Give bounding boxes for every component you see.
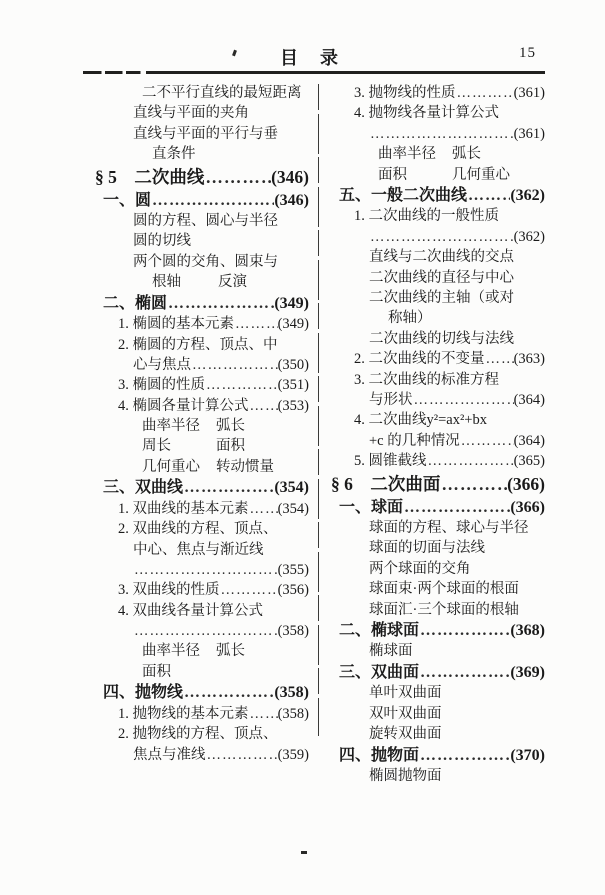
toc-line: 与形状…………………………………………………………………………………………………… [331,390,545,410]
page-ref: (363) [514,349,545,369]
toc-entry-text: 二、椭圆 [103,293,167,315]
toc-entry-text: 直条件 [152,144,196,164]
toc-entry-text: 面积 [378,165,452,185]
toc-entry-text: 2. 抛物线的方程、顶点、 [118,724,278,744]
toc-entry-text: 一、圆 [103,190,151,212]
toc-line: 3. 椭圆的性质……………………………………………………………………………………… [95,375,309,395]
toc-entry-text: 两个圆的交角、圆束与 [133,252,278,272]
toc-entry-text: 2. 二次曲线的不变量 [354,349,485,369]
toc-line: 二次曲线的直径与中心 [331,268,545,288]
toc-line: 3. 抛物线的性质…………………………………………………………………………………… [331,83,545,103]
toc-line: 3. 二次曲线的标准方程 [331,370,545,390]
toc-line: 直线与平面的平行与垂 [95,124,309,144]
header-rule [83,71,545,74]
toc-line: 2. 二次曲线的不变量……………………………………………………………………………… [331,349,545,369]
page-ref: (361) [514,124,545,144]
toc-entry-text: 五、一般二次曲线 [339,185,467,207]
toc-entry-text: 二次曲线的切线与法线 [369,329,514,349]
toc-line: 椭球面 [331,641,545,661]
toc-entry-text: § 6 二次曲面 [331,472,440,497]
toc-line: 2. 双曲线的方程、顶点、 [95,519,309,539]
toc-line: 球面的方程、球心与半径 [331,518,545,538]
page-ref: (358) [278,704,309,724]
page-title: 目 录 [240,44,380,70]
dot-leader: ………………………………………………………………………………………………………… [234,314,278,334]
toc-line: 称轴） [331,308,545,328]
dot-leader: ………………………………………………………………………………………………………… [220,580,278,600]
toc-line: 单叶双曲面 [331,683,545,703]
dot-leader: ………………………………………………………………………………………………………… [440,472,507,497]
toc-entry-text: 曲率半径 [378,144,452,164]
page-ref: (358) [278,621,309,641]
toc-line: 椭圆抛物面 [331,766,545,786]
toc-entry-text: 曲率半径 [142,416,216,436]
dot-leader: ………………………………………………………………………………………………………… [419,620,510,642]
page-ref: (364) [514,431,545,451]
toc-entry-text: 两个球面的交角 [369,559,471,579]
toc-line: 曲率半径弧长 [331,144,545,164]
toc-line: 曲率半径弧长 [95,641,309,661]
dot-leader: ………………………………………………………………………………………………………… [191,355,278,375]
dot-leader: ………………………………………………………………………………………………………… [249,499,278,519]
page-ref: (366) [507,472,545,497]
toc-line: 一、圆…………………………………………………………………………………………………… [95,190,309,212]
page-ref: (366) [510,497,545,519]
toc-line: …………………………………………………………………………………………………………… [331,124,545,144]
dot-leader: ………………………………………………………………………………………………………… [183,682,274,704]
toc-entry-text: 称轴） [388,308,432,328]
toc-line: 球面束·两个球面的根面 [331,579,545,599]
dot-leader: ………………………………………………………………………………………………………… [456,83,514,103]
dot-leader: ………………………………………………………………………………………………………… [427,451,514,471]
toc-line: 旋转双曲面 [331,724,545,744]
dot-leader: ………………………………………………………………………………………………………… [133,560,278,580]
toc-line: …………………………………………………………………………………………………………… [95,560,309,580]
dot-leader: ………………………………………………………………………………………………………… [151,190,274,212]
toc-entry-text: 2. 椭圆的方程、顶点、中 [118,335,278,355]
toc-left-column: 二不平行直线的最短距离直线与平面的夹角直线与平面的平行与垂直条件§ 5 二次曲线… [95,83,309,765]
toc-line: 2. 椭圆的方程、顶点、中 [95,335,309,355]
dot-leader: ………………………………………………………………………………………………………… [485,349,514,369]
toc-line: 四、抛物面……………………………………………………………………………………………… [331,745,545,767]
toc-entry-text: 四、抛物线 [103,682,183,704]
toc-line: 球面汇·三个球面的根轴 [331,600,545,620]
dot-leader: ………………………………………………………………………………………………………… [369,227,514,247]
toc-entry-text: 弧长 [216,416,245,436]
toc-line: 4. 双曲线各量计算公式 [95,601,309,621]
ink-speck [232,50,237,57]
toc-entry-text: 旋转双曲面 [369,724,442,744]
page-ref: (370) [510,745,545,767]
toc-entry-text: 弧长 [452,144,481,164]
toc-line: 三、双曲线……………………………………………………………………………………………… [95,477,309,499]
toc-entry-text: 曲率半径 [142,641,216,661]
dot-leader: ………………………………………………………………………………………………………… [205,375,278,395]
page-ref: (369) [510,662,545,684]
toc-line: 两个球面的交角 [331,559,545,579]
toc-entry-text: 二不平行直线的最短距离 [142,83,302,103]
page-ref: (354) [274,477,309,499]
toc-entry-text: 几何重心 [452,165,510,185]
toc-entry-text: 弧长 [216,641,245,661]
toc-line: § 6 二次曲面……………………………………………………………………………………… [331,472,545,497]
dot-leader: ………………………………………………………………………………………………………… [413,390,514,410]
page-ref: (353) [278,396,309,416]
toc-line: 两个圆的交角、圆束与 [95,252,309,272]
toc-entry-text: 椭球面 [369,641,413,661]
dot-leader: ………………………………………………………………………………………………………… [419,745,510,767]
page-ref: (351) [278,375,309,395]
toc-line: 一、球面………………………………………………………………………………………………… [331,497,545,519]
toc-line: 焦点与准线……………………………………………………………………………………………… [95,745,309,765]
toc-line: 直线与二次曲线的交点 [331,247,545,267]
toc-line: 中心、焦点与渐近线 [95,540,309,560]
toc-entry-text: 根轴 [152,272,218,292]
page-ref: (346) [274,190,309,212]
toc-entry-text: § 5 二次曲线 [95,165,204,190]
toc-entry-text: 1. 双曲线的基本元素 [118,499,249,519]
toc-entry-text: 圆的方程、圆心与半径 [133,211,278,231]
toc-entry-text: 1. 抛物线的基本元素 [118,704,249,724]
dot-leader: ………………………………………………………………………………………………………… [419,662,510,684]
toc-line: 周长面积 [95,436,309,456]
page-ref: (362) [510,185,545,207]
toc-line: 心与焦点………………………………………………………………………………………………… [95,355,309,375]
toc-entry-text: 二次曲线的主轴（或对 [369,288,514,308]
toc-entry-text: 4. 二次曲线y²=ax²+bx [354,410,487,430]
page-ref: (365) [514,451,545,471]
toc-line: 面积 [95,662,309,682]
page-ref: (358) [274,682,309,704]
toc-line: 二次曲线的切线与法线 [331,329,545,349]
toc-line: 4. 二次曲线y²=ax²+bx [331,410,545,430]
toc-line: 4. 椭圆各量计算公式……………………………………………………………………………… [95,396,309,416]
toc-line: 直线与平面的夹角 [95,103,309,123]
toc-line: 4. 抛物线各量计算公式 [331,103,545,123]
toc-entry-text: 与形状 [369,390,413,410]
toc-entry-text: 中心、焦点与渐近线 [133,540,264,560]
toc-line: 圆的切线 [95,231,309,251]
page-ref: (362) [514,227,545,247]
page-ref: (359) [278,745,309,765]
toc-line: 二次曲线的主轴（或对 [331,288,545,308]
dot-leader: ………………………………………………………………………………………………………… [460,431,514,451]
ink-speck [301,851,307,854]
toc-entry-text: 心与焦点 [133,355,191,375]
toc-line: 二、椭球面……………………………………………………………………………………………… [331,620,545,642]
toc-entry-text: 面积 [216,436,245,456]
toc-line: +c 的几种情况……………………………………………………………………………………… [331,431,545,451]
toc-line: 二、椭圆………………………………………………………………………………………………… [95,293,309,315]
toc-right-column: 3. 抛物线的性质…………………………………………………………………………………… [331,83,545,786]
page-ref: (368) [510,620,545,642]
dot-leader: ………………………………………………………………………………………………………… [249,704,278,724]
toc-line: 几何重心转动惯量 [95,457,309,477]
toc-entry-text: +c 的几种情况 [369,431,460,451]
page-ref: (349) [274,293,309,315]
toc-entry-text: 周长 [142,436,216,456]
toc-entry-text: 二次曲线的直径与中心 [369,268,514,288]
toc-line: 1. 双曲线的基本元素……………………………………………………………………………… [95,499,309,519]
toc-entry-text: 三、双曲面 [339,662,419,684]
toc-line: 球面的切面与法线 [331,538,545,558]
page-number: 15 [519,45,536,62]
toc-line: 二不平行直线的最短距离 [95,83,309,103]
toc-entry-text: 4. 椭圆各量计算公式 [118,396,249,416]
page-ref: (355) [278,560,309,580]
toc-line: 双叶双曲面 [331,704,545,724]
toc-line: …………………………………………………………………………………………………………… [95,621,309,641]
toc-entry-text: 转动惯量 [216,457,274,477]
toc-entry-text: 2. 双曲线的方程、顶点、 [118,519,278,539]
page-ref: (356) [278,580,309,600]
toc-line: …………………………………………………………………………………………………………… [331,227,545,247]
dot-leader: ………………………………………………………………………………………………………… [467,185,510,207]
toc-entry-text: 球面的方程、球心与半径 [369,518,529,538]
toc-entry-text: 面积 [142,662,216,682]
toc-line: 五、一般二次曲线……………………………………………………………………………………… [331,185,545,207]
page-ref: (350) [278,355,309,375]
page-ref: (349) [278,314,309,334]
toc-entry-text: 3. 双曲线的性质 [118,580,220,600]
toc-entry-text: 3. 椭圆的性质 [118,375,205,395]
toc-entry-text: 直线与平面的夹角 [133,103,249,123]
toc-entry-text: 反演 [218,272,247,292]
toc-entry-text: 球面汇·三个球面的根轴 [369,600,519,620]
toc-line: 根轴反演 [95,272,309,292]
toc-entry-text: 单叶双曲面 [369,683,442,703]
dot-leader: ………………………………………………………………………………………………………… [133,621,278,641]
page-ref: (346) [271,165,309,190]
toc-line: 1. 抛物线的基本元素……………………………………………………………………………… [95,704,309,724]
dot-leader: ………………………………………………………………………………………………………… [369,124,514,144]
toc-entry-text: 球面的切面与法线 [369,538,485,558]
toc-line: 1. 二次曲线的一般性质 [331,206,545,226]
toc-line: 直条件 [95,144,309,164]
dot-leader: ………………………………………………………………………………………………………… [403,497,510,519]
toc-line: 3. 双曲线的性质…………………………………………………………………………………… [95,580,309,600]
toc-entry-text: 4. 抛物线各量计算公式 [354,103,499,123]
column-divider [318,84,319,736]
toc-line: 圆的方程、圆心与半径 [95,211,309,231]
toc-entry-text: 5. 圆锥截线 [354,451,427,471]
toc-line: 三、双曲面……………………………………………………………………………………………… [331,662,545,684]
toc-line: 5. 圆锥截线………………………………………………………………………………………… [331,451,545,471]
toc-line: 2. 抛物线的方程、顶点、 [95,724,309,744]
toc-line: 四、抛物线……………………………………………………………………………………………… [95,682,309,704]
toc-entry-text: 1. 二次曲线的一般性质 [354,206,499,226]
page-ref: (354) [278,499,309,519]
page-ref: (364) [514,390,545,410]
dot-leader: ………………………………………………………………………………………………………… [167,293,274,315]
dot-leader: ………………………………………………………………………………………………………… [183,477,274,499]
toc-entry-text: 几何重心 [142,457,216,477]
toc-entry-text: 二、椭球面 [339,620,419,642]
toc-entry-text: 焦点与准线 [133,745,206,765]
toc-line: 曲率半径弧长 [95,416,309,436]
toc-entry-text: 一、球面 [339,497,403,519]
toc-entry-text: 圆的切线 [133,231,191,251]
toc-entry-text: 1. 椭圆的基本元素 [118,314,234,334]
toc-entry-text: 椭圆抛物面 [369,766,442,786]
toc-entry-text: 直线与平面的平行与垂 [133,124,278,144]
dot-leader: ………………………………………………………………………………………………………… [206,745,278,765]
page-ref: (361) [514,83,545,103]
toc-entry-text: 3. 抛物线的性质 [354,83,456,103]
toc-entry-text: 4. 双曲线各量计算公式 [118,601,263,621]
toc-entry-text: 直线与二次曲线的交点 [369,247,514,267]
toc-line: 面积几何重心 [331,165,545,185]
toc-entry-text: 3. 二次曲线的标准方程 [354,370,499,390]
toc-line: § 5 二次曲线……………………………………………………………………………………… [95,165,309,190]
dot-leader: ………………………………………………………………………………………………………… [249,396,278,416]
toc-line: 1. 椭圆的基本元素………………………………………………………………………………… [95,314,309,334]
toc-entry-text: 四、抛物面 [339,745,419,767]
toc-entry-text: 双叶双曲面 [369,704,442,724]
toc-entry-text: 球面束·两个球面的根面 [369,579,519,599]
toc-entry-text: 三、双曲线 [103,477,183,499]
dot-leader: ………………………………………………………………………………………………………… [204,165,271,190]
